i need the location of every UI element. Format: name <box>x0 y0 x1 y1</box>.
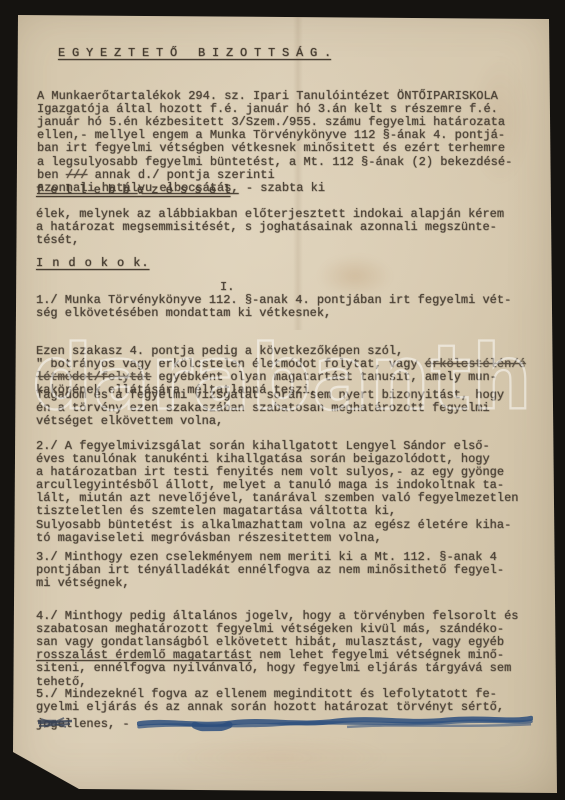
ink-strikethrough <box>137 713 533 732</box>
decision-intro-tail: - szabta ki <box>239 181 325 195</box>
point-4-text: 4./ Minthogy pedig általános jogelv, hog… <box>36 609 518 649</box>
paragraph-point-3: 3./ Minthogy ezen cselekményem nem merit… <box>36 551 504 590</box>
document-title: E G Y E Z T E T Ő B I Z O T T S Á G . <box>58 47 331 60</box>
reasons-heading: I n d o k o k. <box>36 257 149 270</box>
paragraph-appeal-request: élek, melynek az alábbiakban előterjeszt… <box>36 208 504 247</box>
decision-intro-mid: annak d./ pontja szerinti <box>87 168 274 182</box>
law-quote-text: Ezen szakasz 4. pontja pedig a következő… <box>36 344 425 371</box>
paragraph-point-1: 1./ Munka Törvénykönyve 112. §-anak 4. p… <box>36 294 511 320</box>
paper-stain <box>318 255 392 297</box>
paper-stain <box>170 735 390 780</box>
paragraph-decision-intro: A Munkaerőtartalékok 294. sz. Ipari Tanu… <box>37 77 512 195</box>
paragraph-point-2: 2./ A fegyelmivizsgálat során kihallgato… <box>36 440 518 545</box>
appeal-subheading: f e l l e b b e z é s s e l <box>36 184 230 197</box>
struck-typo: /// <box>66 168 88 182</box>
paragraph-denial: Tagadom és a fegyelmi vizsgálat során se… <box>36 389 504 428</box>
ink-scribble-small <box>36 715 76 731</box>
paragraph-point-5: 5./ Mindezeknél fogva az ellenem megindi… <box>36 675 533 731</box>
document-paper: E G Y E Z T E T Ő B I Z O T T S Á G . A … <box>0 0 565 800</box>
